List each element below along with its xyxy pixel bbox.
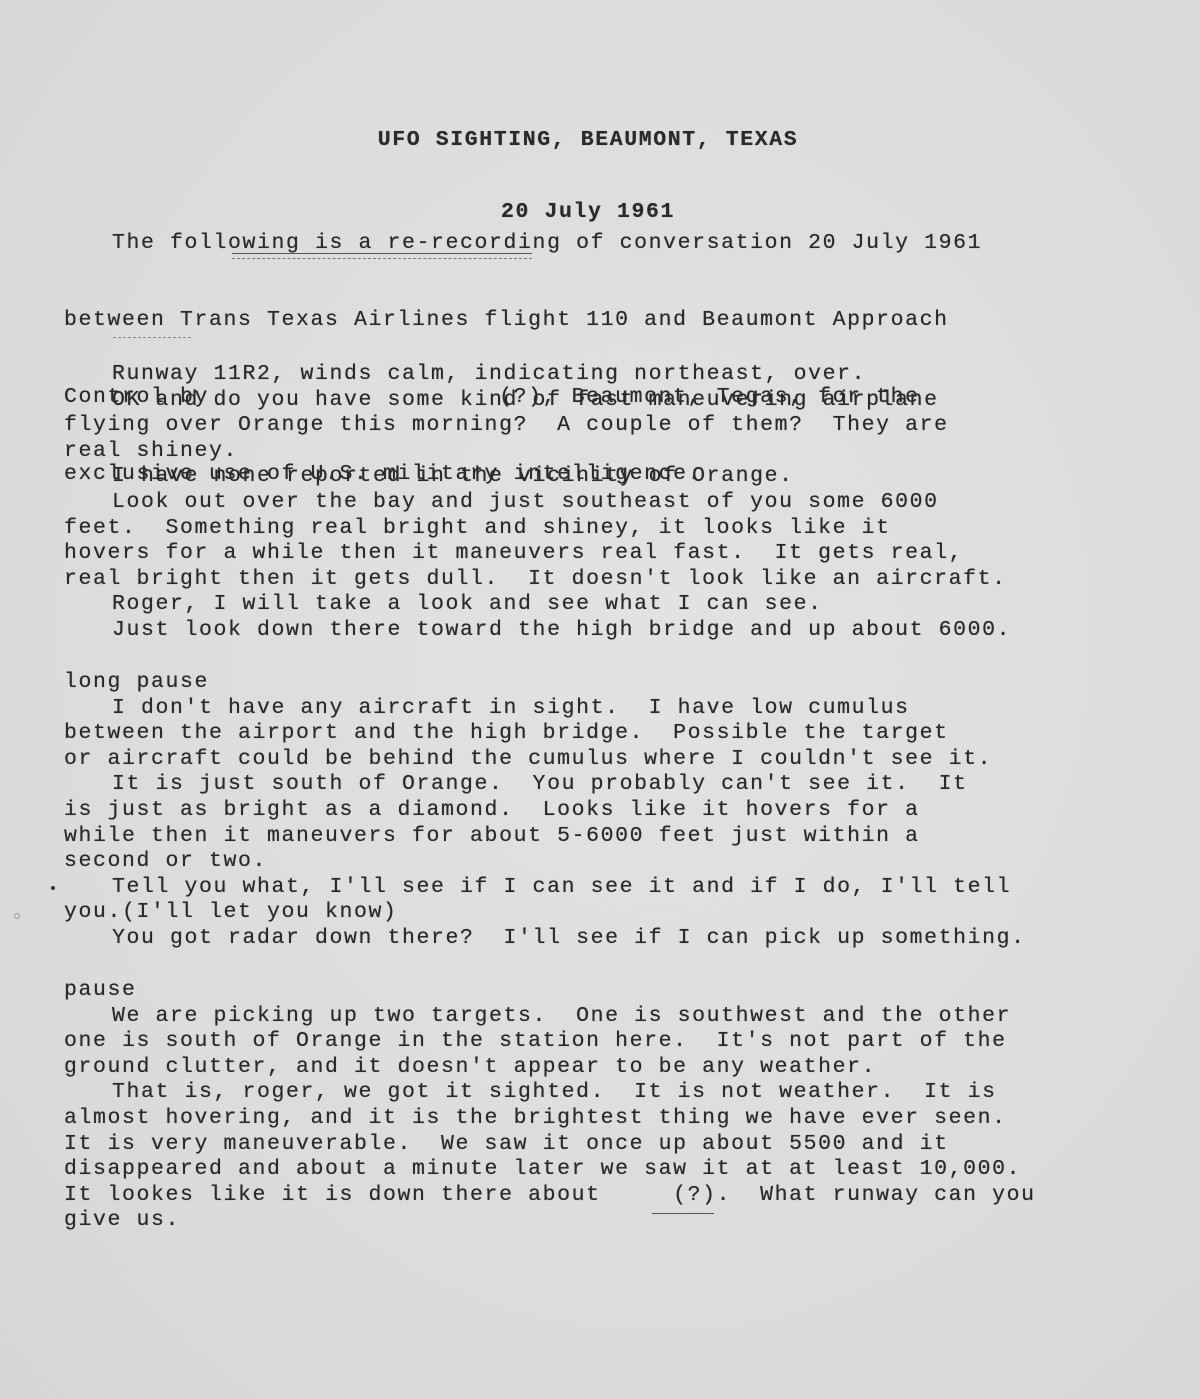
transcript-line: is just as bright as a diamond. Looks li…	[64, 798, 1026, 824]
transcript-line: We are picking up two targets. One is so…	[64, 1004, 1036, 1030]
transcript-line: feet. Something real bright and shiney, …	[64, 516, 1011, 542]
redacted-blank-line	[232, 253, 532, 254]
transcript-line: That is, roger, we got it sighted. It is…	[64, 1080, 1036, 1106]
transcript-line: flying over Orange this morning? A coupl…	[64, 413, 1011, 439]
transcript-line: disappeared and about a minute later we …	[64, 1157, 1036, 1183]
transcript-line: You got radar down there? I'll see if I …	[64, 926, 1026, 952]
transcript-line: real shiney.	[64, 439, 1011, 465]
transcript-line: or aircraft could be behind the cumulus …	[64, 747, 1026, 773]
section-2-label: long pause	[64, 670, 1026, 696]
transcript-line: Roger, I will take a look and see what I…	[64, 592, 1011, 618]
transcript-line: one is south of Orange in the station he…	[64, 1029, 1036, 1055]
transcript-line: ground clutter, and it doesn't appear to…	[64, 1055, 1036, 1081]
stray-ink-ring	[14, 913, 20, 919]
document-title: UFO SIGHTING, BEAUMONT, TEXAS	[0, 128, 1188, 152]
transcript-section-3: pauseWe are picking up two targets. One …	[64, 978, 1036, 1234]
transcript-line: OK and do you have some kind of fast man…	[64, 388, 1011, 414]
transcript-line: Look out over the bay and just southeast…	[64, 490, 1011, 516]
transcript-section-1: Runway 11R2, winds calm, indicating nort…	[64, 362, 1011, 644]
transcript-line: almost hovering, and it is the brightest…	[64, 1106, 1036, 1132]
transcript-line: It is just south of Orange. You probably…	[64, 772, 1026, 798]
transcript-line: hovers for a while then it maneuvers rea…	[64, 541, 1011, 567]
redacted-blank-short	[652, 1213, 714, 1214]
transcript-line: I don't have any aircraft in sight. I ha…	[64, 696, 1026, 722]
transcript-section-2: long pauseI don't have any aircraft in s…	[64, 670, 1026, 952]
transcript-line: I have none reported in the vicinity of …	[64, 464, 1011, 490]
transcript-line: It is very maneuverable. We saw it once …	[64, 1132, 1036, 1158]
stray-ink-dot	[51, 886, 55, 890]
intro-line: between Trans Texas Airlines flight 110 …	[64, 308, 982, 334]
transcript-line: Runway 11R2, winds calm, indicating nort…	[64, 362, 1011, 388]
transcript-line: between the airport and the high bridge.…	[64, 721, 1026, 747]
redacted-overline	[232, 258, 532, 259]
transcript-line: give us.	[64, 1208, 1036, 1234]
transcript-line: Just look down there toward the high bri…	[64, 618, 1011, 644]
transcript-line: while then it maneuvers for about 5-6000…	[64, 824, 1026, 850]
transcript-line: real bright then it gets dull. It doesn'…	[64, 567, 1011, 593]
document-page: UFO SIGHTING, BEAUMONT, TEXAS 20 July 19…	[0, 0, 1200, 1399]
separator-mark	[113, 337, 191, 338]
transcript-line: Tell you what, I'll see if I can see it …	[64, 875, 1026, 901]
transcript-line: you.(I'll let you know)	[64, 900, 1026, 926]
section-3-label: pause	[64, 978, 1036, 1004]
transcript-line: It lookes like it is down there about (?…	[64, 1183, 1036, 1209]
transcript-line: second or two.	[64, 849, 1026, 875]
